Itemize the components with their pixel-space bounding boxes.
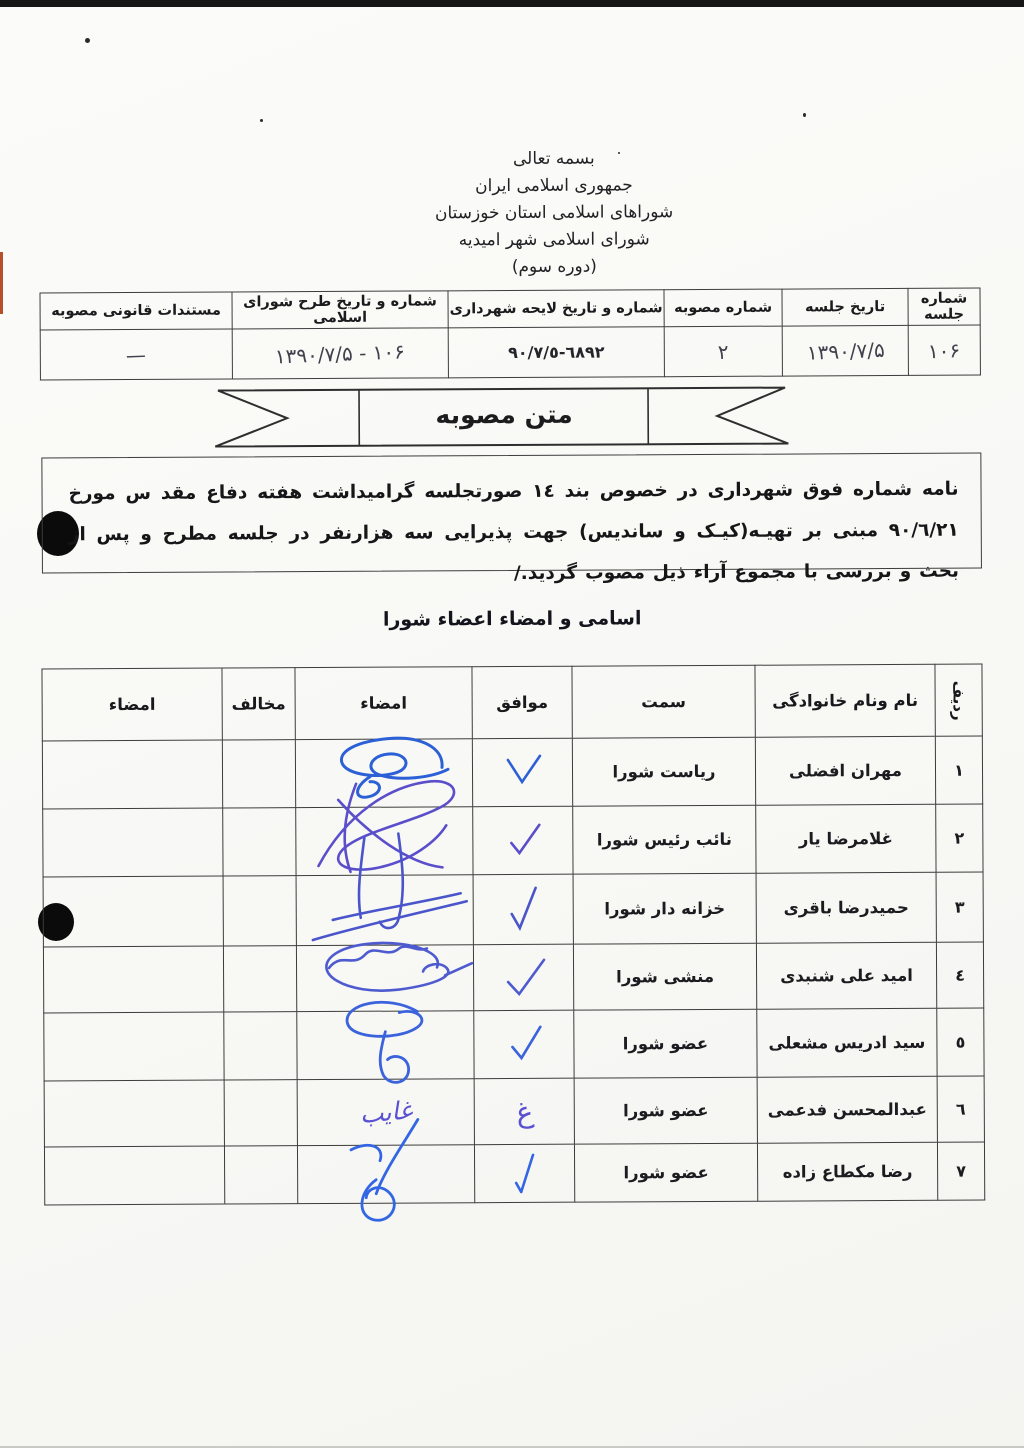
opposed-cell-empty (224, 1012, 297, 1080)
header-session-no: شماره جلسه (908, 288, 980, 325)
vote-check-mark (474, 1144, 574, 1203)
signature2-cell-empty (44, 1012, 224, 1081)
absent-letter: غ (514, 1094, 535, 1130)
letterhead-line-basmala: بسمه تعالی (328, 145, 780, 174)
member-signature (295, 739, 472, 808)
member-row-no: ٤ (936, 942, 983, 1008)
letterhead: بسمه تعالی جمهوری اسلامی ایران شوراهای ا… (328, 145, 781, 282)
members-section-title: اسامی و امضاء اعضاء شورا (0, 605, 1024, 632)
vote-check-mark (473, 806, 573, 875)
absent-handwriting: غایب (358, 1095, 413, 1129)
header-signature: امضاء (295, 667, 472, 740)
member-position: خزانه دار شورا (573, 873, 756, 944)
member-position: عضو شورا (574, 1077, 757, 1144)
member-position: عضو شورا (574, 1143, 757, 1202)
opposed-cell-empty (223, 946, 296, 1012)
header-row-no: ردیف (935, 664, 982, 736)
header-member-name: نام ونام خانوادگی (755, 664, 935, 737)
header-agree: موافق (472, 666, 572, 739)
vote-check-mark (473, 944, 573, 1011)
member-name: مهران افضلی (755, 736, 935, 805)
signature2-cell-empty (44, 1146, 224, 1205)
header-resolution-no: شماره مصوبه (664, 289, 782, 327)
resolution-info-table: شماره جلسه تاریخ جلسه شماره مصوبه شماره … (39, 288, 980, 381)
signature2-cell-empty (43, 876, 223, 947)
member-row: ۱مهران افضلیریاست شورا (42, 736, 982, 809)
value-municipality-bill: ٦٨٩٢-٩٠/٧/٥ (448, 327, 664, 378)
member-signature (297, 1011, 474, 1080)
opposed-cell-empty (224, 1146, 297, 1204)
member-row-no: ۱ (935, 736, 982, 804)
signature2-cell-empty (43, 946, 223, 1013)
member-name: سید ادریس مشعلی (757, 1008, 937, 1077)
member-position: ریاست شورا (572, 737, 755, 806)
member-row-no: ۳ (936, 872, 983, 942)
member-name: حمیدرضا باقری (756, 872, 936, 943)
value-session-no: ۱۰۶ (908, 325, 980, 375)
member-row: ٥سید ادریس مشعلیعضو شورا (44, 1008, 984, 1081)
info-table-value-row: ۱۰۶ ۱۳۹۰/۷/۵ ۲ ٦٨٩٢-٩٠/٧/٥ ۱۳۹۰/۷/۵ - ۱۰… (40, 325, 980, 380)
members-signature-table: ردیف نام ونام خانوادگی سمت موافق امضاء م… (41, 664, 985, 1206)
banner-title: متن مصوبه (360, 399, 648, 430)
value-council-plan: ۱۳۹۰/۷/۵ - ۱۰۶ (232, 328, 448, 379)
member-name: امید علی شنبدی (756, 942, 936, 1009)
member-signature (297, 1145, 474, 1204)
vote-absent-mark: غ (474, 1078, 574, 1145)
member-row-no: ٥ (937, 1008, 984, 1076)
signature2-cell-empty (44, 1080, 224, 1147)
member-name: غلامرضا یار (756, 804, 936, 873)
header-signature-2: امضاء (42, 668, 222, 741)
signature2-cell-empty (43, 808, 223, 877)
member-row: ۷رضا مکطاع زادهعضو شورا (44, 1142, 984, 1205)
signature2-cell-empty (42, 740, 222, 809)
value-legal-basis: — (40, 329, 232, 380)
member-row: ۲غلامرضا یارنائب رئیس شورا (43, 804, 983, 877)
info-table-header-row: شماره جلسه تاریخ جلسه شماره مصوبه شماره … (40, 288, 980, 330)
member-signature (296, 875, 473, 946)
header-opposed: مخالف (222, 668, 295, 740)
header-legal-basis: مستندات قانونی مصوبه (40, 292, 232, 330)
member-name: عبدالمحسن فدعمی (757, 1076, 937, 1143)
member-row: ٦عبدالمحسن فدعمیعضو شوراغغایب (44, 1076, 984, 1147)
resolution-banner: متن مصوبه (212, 385, 791, 450)
header-council-plan: شماره و تاریخ طرح شورای اسلامی (232, 291, 448, 329)
member-name: رضا مکطاع زاده (757, 1142, 937, 1201)
member-signature (296, 945, 473, 1012)
member-signature-note: غایب (297, 1079, 474, 1146)
value-session-date: ۱۳۹۰/۷/۵ (782, 325, 908, 376)
member-position: نائب رئیس شورا (573, 805, 756, 874)
opposed-cell-empty (224, 1080, 297, 1146)
letterhead-line-term: (دوره سوم) (328, 253, 780, 282)
member-signature (296, 807, 473, 876)
member-row-no: ٦ (937, 1076, 984, 1142)
header-member-position: سمت (572, 665, 755, 738)
header-session-date: تاریخ جلسه (782, 288, 908, 326)
member-row: ۳حمیدرضا باقریخزانه دار شورا (43, 872, 983, 947)
letterhead-line-province-councils: شوراهای اسلامی استان خوزستان (328, 199, 780, 228)
members-table-header-row: ردیف نام ونام خانوادگی سمت موافق امضاء م… (42, 664, 982, 741)
vote-check-mark (473, 874, 573, 945)
letterhead-line-republic: جمهوری اسلامی ایران (328, 172, 780, 201)
member-position: منشی شورا (573, 943, 756, 1010)
member-row-no: ۲ (936, 804, 983, 872)
opposed-cell-empty (223, 808, 296, 876)
member-position: عضو شورا (574, 1009, 757, 1078)
opposed-cell-empty (222, 740, 295, 808)
resolution-text-box: نامه شماره فوق شهرداری در خصوص بند ۱٤ صو… (41, 453, 982, 574)
resolution-text: نامه شماره فوق شهرداری در خصوص بند ۱٤ صو… (68, 469, 959, 597)
vote-check-mark (472, 738, 572, 807)
opposed-cell-empty (223, 876, 296, 946)
scanned-council-resolution-page: بسمه تعالی جمهوری اسلامی ایران شوراهای ا… (0, 0, 1024, 1448)
member-row-no: ۷ (937, 1142, 984, 1200)
vote-check-mark (474, 1010, 574, 1079)
value-resolution-no: ۲ (664, 326, 782, 377)
header-municipality-bill: شماره و تاریخ لایحه شهرداری (448, 290, 664, 328)
member-row: ٤امید علی شنبدیمنشی شورا (43, 942, 983, 1013)
letterhead-line-city-council: شورای اسلامی شهر امیدیه (328, 226, 780, 255)
